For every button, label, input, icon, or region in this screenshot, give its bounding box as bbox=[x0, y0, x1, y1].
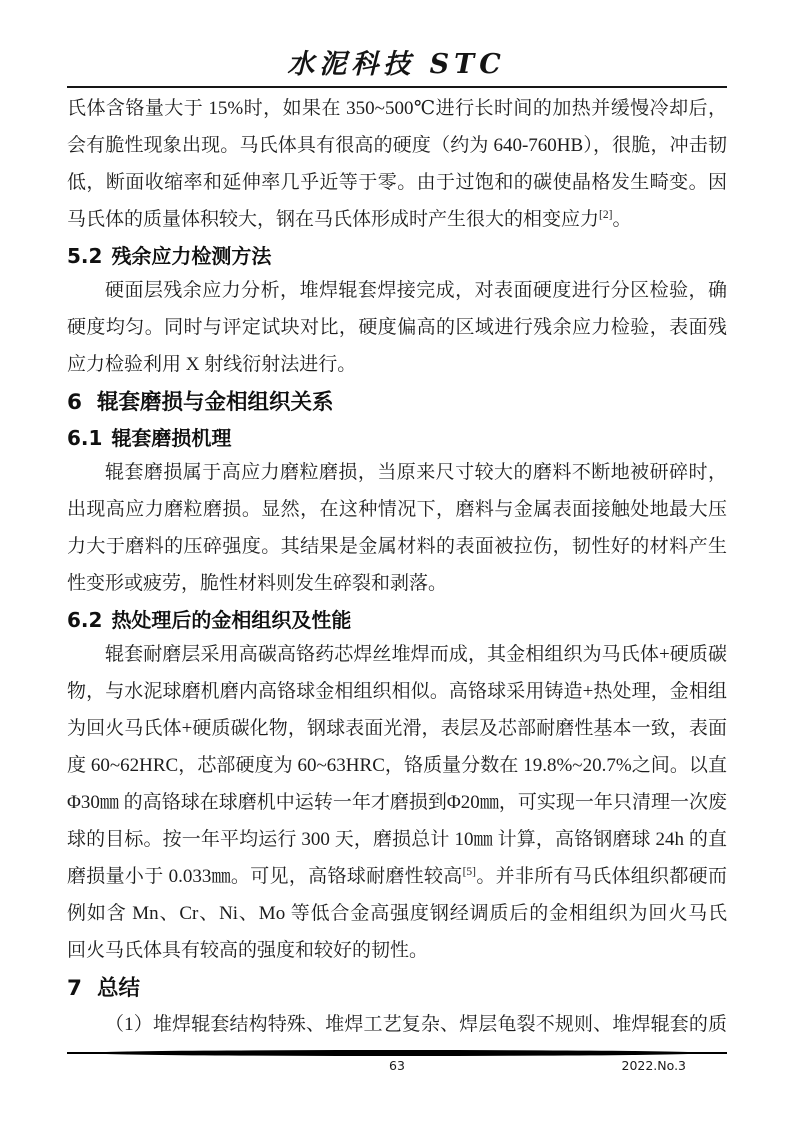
text-run: 磨损量小于 0.033㎜。可见，高铬球耐磨性较高 bbox=[67, 866, 463, 887]
text-run: 硬面层残余应力分析，堆焊辊套焊接完成，对表面硬度进行分区检验，确保 bbox=[67, 280, 727, 309]
text-line: 硬度均匀。同时与评定试块对比，硬度偏高的区域进行残余应力检验，表面残余 bbox=[67, 309, 727, 346]
text-run: 。 bbox=[612, 209, 631, 230]
text-line: 物，与水泥球磨机磨内高铬球金相组织相似。高铬球采用铸造+热处理，金相组织 bbox=[67, 673, 727, 710]
section-number: 7 bbox=[67, 976, 82, 1001]
footer-rule bbox=[67, 1049, 727, 1057]
text-run: 例如含 Mn、Cr、Ni、Mo 等低合金高强度钢经调质后的金相组织为回火马氏体， bbox=[67, 903, 727, 932]
text-line: 出现高应力磨粒磨损。显然，在这种情况下，磨料与金属表面接触处地最大压应 bbox=[67, 491, 727, 528]
section-number: 6 bbox=[67, 390, 82, 415]
footnote-ref: [2] bbox=[599, 209, 612, 221]
section-title: 残余应力检测方法 bbox=[111, 244, 271, 268]
footnote-ref: [5] bbox=[463, 866, 476, 878]
document-body: 氏体含铬量大于 15%时，如果在 350~500℃进行长时间的加热并缓慢冷却后，… bbox=[67, 90, 727, 1043]
text-run: 出现高应力磨粒磨损。显然，在这种情况下，磨料与金属表面接触处地最大压应 bbox=[67, 499, 727, 528]
text-line: 辊套磨损属于高应力磨粒磨损，当原来尺寸较大的磨料不断地被研碎时，将 bbox=[67, 454, 727, 491]
section-title: 热处理后的金相组织及性能 bbox=[111, 608, 351, 632]
text-line: （1）堆焊辊套结构特殊、堆焊工艺复杂、焊层龟裂不规则、堆焊辊套的质量 bbox=[67, 1006, 727, 1043]
text-run: 应力检验利用 X 射线衍射法进行。 bbox=[67, 354, 356, 375]
header-rule bbox=[67, 86, 727, 88]
text-line: 例如含 Mn、Cr、Ni、Mo 等低合金高强度钢经调质后的金相组织为回火马氏体， bbox=[67, 895, 727, 932]
section-heading: 6.2热处理后的金相组织及性能 bbox=[67, 602, 727, 636]
text-run: 度 60~62HRC，芯部硬度为 60~63HRC，铬质量分数在 19.8%~2… bbox=[67, 755, 727, 784]
text-line: 为回火马氏体+硬质碳化物，钢球表面光滑，表层及芯部耐磨性基本一致，表面硬 bbox=[67, 710, 727, 747]
section-heading: 5.2残余应力检测方法 bbox=[67, 238, 727, 272]
text-line: 球的目标。按一年平均运行 300 天，磨损总计 10㎜ 计算，高铬钢磨球 24h… bbox=[67, 821, 727, 858]
text-line: 低，断面收缩率和延伸率几乎近等于零。由于过饱和的碳使晶格发生畸变。因此， bbox=[67, 164, 727, 201]
text-line: 力大于磨料的压碎强度。其结果是金属材料的表面被拉伤，韧性好的材料产生塑 bbox=[67, 528, 727, 565]
text-run: Φ30㎜ 的高铬球在球磨机中运转一年才磨损到Φ20㎜，可实现一年只清理一次废 bbox=[67, 792, 727, 813]
section-heading: 6辊套磨损与金相组织关系 bbox=[67, 383, 727, 420]
section-title: 辊套磨损与金相组织关系 bbox=[97, 390, 334, 415]
section-heading: 6.1辊套磨损机理 bbox=[67, 420, 727, 454]
text-line: 回火马氏体具有较高的强度和较好的韧性。 bbox=[67, 932, 727, 969]
section-heading: 7总结 bbox=[67, 969, 727, 1006]
text-line: 马氏体的质量体积较大，钢在马氏体形成时产生很大的相变应力[2]。 bbox=[67, 201, 727, 238]
section-number: 6.1 bbox=[67, 426, 102, 450]
text-run: 低，断面收缩率和延伸率几乎近等于零。由于过饱和的碳使晶格发生畸变。因此， bbox=[67, 172, 727, 201]
text-line: 硬面层残余应力分析，堆焊辊套焊接完成，对表面硬度进行分区检验，确保 bbox=[67, 272, 727, 309]
section-title: 总结 bbox=[97, 976, 140, 1001]
text-run: （1）堆焊辊套结构特殊、堆焊工艺复杂、焊层龟裂不规则、堆焊辊套的质量 bbox=[67, 1014, 727, 1043]
text-line: Φ30㎜ 的高铬球在球磨机中运转一年才磨损到Φ20㎜，可实现一年只清理一次废 bbox=[67, 784, 727, 821]
text-line: 度 60~62HRC，芯部硬度为 60~63HRC，铬质量分数在 19.8%~2… bbox=[67, 747, 727, 784]
text-line: 辊套耐磨层采用高碳高铬药芯焊丝堆焊而成，其金相组织为马氏体+硬质碳化 bbox=[67, 636, 727, 673]
footer: 63 2022.No.3 bbox=[67, 1058, 727, 1076]
text-run: 为回火马氏体+硬质碳化物，钢球表面光滑，表层及芯部耐磨性基本一致，表面硬 bbox=[67, 718, 727, 747]
section-title: 辊套磨损机理 bbox=[111, 426, 231, 450]
text-run: 辊套耐磨层采用高碳高铬药芯焊丝堆焊而成，其金相组织为马氏体+硬质碳化 bbox=[67, 644, 727, 673]
journal-title: 水泥科技 STC bbox=[0, 42, 793, 81]
text-line: 应力检验利用 X 射线衍射法进行。 bbox=[67, 346, 727, 383]
text-run: 物，与水泥球磨机磨内高铬球金相组织相似。高铬球采用铸造+热处理，金相组织 bbox=[67, 681, 727, 710]
section-number: 6.2 bbox=[67, 608, 102, 632]
text-line: 性变形或疲劳，脆性材料则发生碎裂和剥落。 bbox=[67, 565, 727, 602]
text-run: 硬度均匀。同时与评定试块对比，硬度偏高的区域进行残余应力检验，表面残余 bbox=[67, 317, 727, 346]
text-run: 会有脆性现象出现。马氏体具有很高的硬度（约为 640-760HB），很脆，冲击韧… bbox=[67, 135, 727, 164]
footer-rule-thick-line bbox=[93, 1050, 700, 1056]
text-run: 性变形或疲劳，脆性材料则发生碎裂和剥落。 bbox=[67, 573, 447, 594]
text-run: 球的目标。按一年平均运行 300 天，磨损总计 10㎜ 计算，高铬钢磨球 24h… bbox=[67, 829, 727, 858]
text-line: 会有脆性现象出现。马氏体具有很高的硬度（约为 640-760HB），很脆，冲击韧… bbox=[67, 127, 727, 164]
text-line: 磨损量小于 0.033㎜。可见，高铬球耐磨性较高[5]。并非所有马氏体组织都硬而… bbox=[67, 858, 727, 895]
text-run: 回火马氏体具有较高的强度和较好的韧性。 bbox=[67, 940, 428, 961]
issue-label: 2022.No.3 bbox=[622, 1058, 687, 1073]
text-run: 辊套磨损属于高应力磨粒磨损，当原来尺寸较大的磨料不断地被研碎时，将 bbox=[67, 462, 727, 491]
text-run: 马氏体的质量体积较大，钢在马氏体形成时产生很大的相变应力 bbox=[67, 209, 599, 230]
section-number: 5.2 bbox=[67, 244, 102, 268]
text-run: 氏体含铬量大于 15%时，如果在 350~500℃进行长时间的加热并缓慢冷却后，… bbox=[67, 98, 727, 127]
text-line: 氏体含铬量大于 15%时，如果在 350~500℃进行长时间的加热并缓慢冷却后，… bbox=[67, 90, 727, 127]
text-run: 力大于磨料的压碎强度。其结果是金属材料的表面被拉伤，韧性好的材料产生塑 bbox=[67, 536, 727, 565]
document-page: 水泥科技 STC 氏体含铬量大于 15%时，如果在 350~500℃进行长时间的… bbox=[0, 0, 793, 1122]
